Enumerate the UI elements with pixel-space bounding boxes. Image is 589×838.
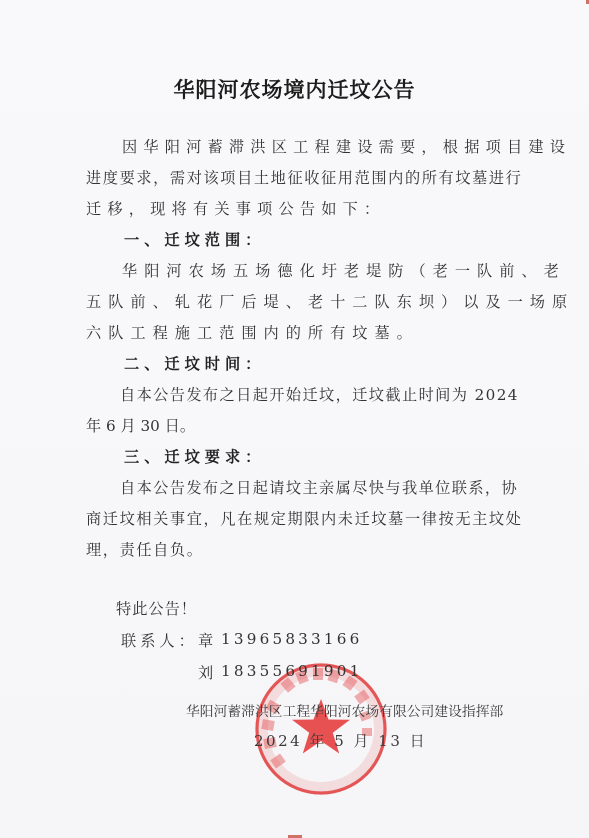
requirements-line-3: 理，责任自负。 [86,539,204,560]
requirements-line-2: 商迁坟相关事宜，凡在规定期限内未迁坟墓一律按无主坟处 [86,508,522,529]
page-title: 华阳河农场境内迁坟公告 [0,74,589,104]
section-heading-time: 二、迁坟时间： [124,353,265,374]
contact-name-1: 章 [198,630,213,651]
section-heading-requirements: 三、迁坟要求： [124,446,265,467]
contact-name-2: 刘 [198,662,213,683]
section-heading-scope: 一、迁坟范围： [124,229,265,250]
contact-phone-1: 13965833166 [221,630,363,648]
requirements-line-1: 自本公告发布之日起请坟主亲属尽快与我单位联系，协 [120,477,518,498]
red-star-seal-icon [253,661,389,797]
scope-line-1: 华阳河农场五场德化圩老堤防（老一队前、老 [122,260,566,281]
scope-line-3: 六队工程施工范围内的所有坟墓。 [86,322,419,343]
scope-line-2: 五队前、轧花厂后堤、老十二队东坝）以及一场原 [86,291,574,312]
issue-date: 2024 年 5 月 13 日 [254,730,427,751]
intro-line-3: 迁移，现将有关事项公告如下： [86,198,385,219]
closing-text: 特此公告！ [116,598,197,619]
intro-line-2: 进度要求，需对该项目土地征收征用范围内的所有坟墓进行 [86,167,522,188]
intro-line-1: 因华阳河蓄滞洪区工程建设需要，根据项目建设 [122,136,571,157]
document-page: 华阳河农场境内迁坟公告 因华阳河蓄滞洪区工程建设需要，根据项目建设 进度要求，需… [0,0,589,838]
time-line-1: 自本公告发布之日起开始迁坟，迁坟截止时间为 2024 [120,384,519,405]
contacts-label: 联系人： [121,630,198,651]
time-line-2: 年 6 月 30 日。 [86,415,195,436]
issuer-name: 华阳河蓄滞洪区工程华阳河农场有限公司建设指挥部 [186,700,503,720]
contact-phone-2: 18355691901 [221,662,363,680]
